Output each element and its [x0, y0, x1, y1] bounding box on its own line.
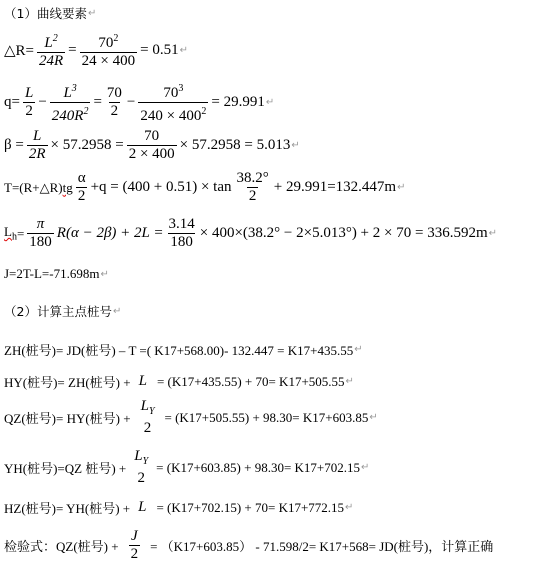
section-2-heading: （2）计算主点桩号↵	[4, 302, 121, 320]
formula-lh: Lh= π180 R(α − 2β) + 2L = 3.14180 × 400×…	[4, 216, 497, 251]
station-yh: YH(桩号)=QZ 桩号) + LY2 = (K17+603.85) + 98.…	[4, 448, 369, 487]
formula-q: q= L2 − L3240R2 = 702 − 703240 × 4002 = …	[4, 80, 274, 125]
formula-t: T=(R+△R)tg α2 +q = (400 + 0.51) × tan 38…	[4, 170, 405, 205]
paragraph-mark: ↵	[88, 8, 96, 19]
check-formula: 检验式：QZ(桩号) + J2 = （K17+603.85） - 71.598/…	[4, 528, 493, 562]
station-zh: ZH(桩号)= JD(桩号) – T =( K17+568.00)- 132.4…	[4, 340, 363, 359]
station-hz: HZ(桩号)= YH(桩号) + L = (K17+702.15) + 70= …	[4, 498, 353, 517]
station-qz: QZ(桩号)= HY(桩号) + LY2 = (K17+505.55) + 98…	[4, 398, 378, 437]
formula-j: J=2T-L=-71.698m↵	[4, 266, 109, 282]
formula-beta: β = L2R × 57.2958 = 702 × 400 × 57.2958 …	[4, 128, 300, 163]
section-1-heading: （1）曲线要素↵	[4, 4, 96, 22]
formula-delta-r: △R= L224R = 70224 × 400 = 0.51↵	[4, 30, 188, 70]
station-hy: HY(桩号)= ZH(桩号) + L = (K17+435.55) + 70= …	[4, 372, 354, 391]
